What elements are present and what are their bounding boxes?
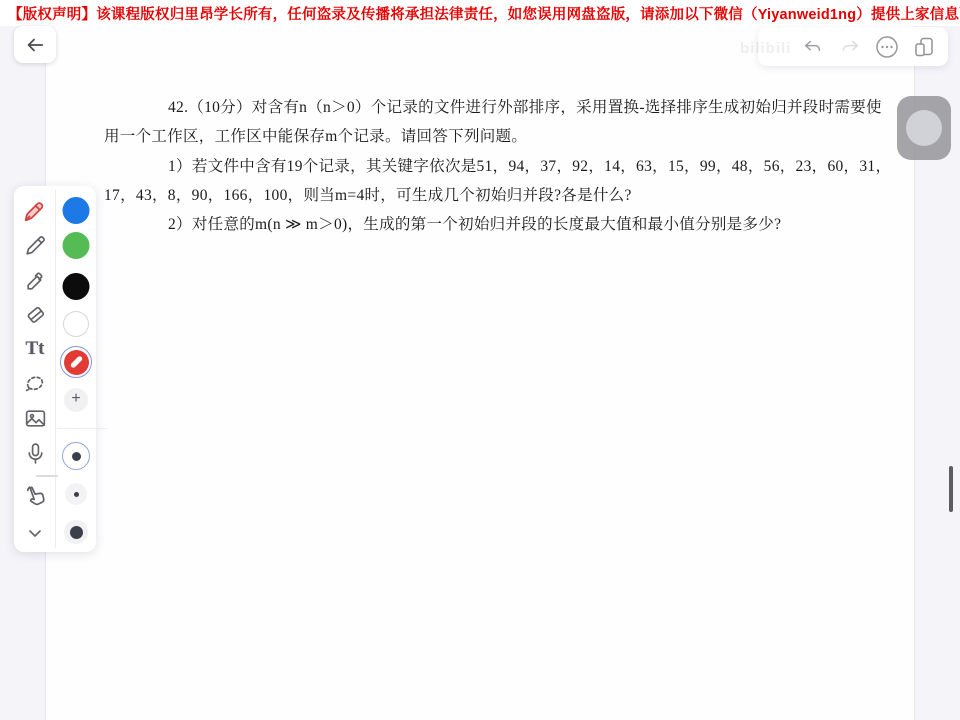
hand-pointer-icon — [22, 483, 48, 509]
image-icon — [23, 406, 48, 431]
stroke-size-large[interactable] — [64, 520, 88, 544]
question-line: 1）若文件中含有19个记录，其关键字依次是51，94，37，92，14，63，1… — [168, 154, 891, 176]
highlighter-icon — [23, 268, 48, 293]
question-line: 42.（10分）对含有n（n＞0）个记录的文件进行外部排序，采用置换-选择排序生… — [168, 95, 882, 117]
undo-icon — [802, 36, 824, 58]
more-options-button[interactable] — [873, 33, 901, 61]
color-swatch-black[interactable] — [63, 273, 90, 300]
text-tool-button[interactable]: Tt — [20, 334, 50, 364]
medium-dot-icon — [72, 452, 81, 461]
question-line: 2）对任意的m(n ≫ m＞0)，生成的第一个初始归并段的长度最大值和最小值分别… — [168, 212, 781, 234]
microphone-tool-button[interactable] — [20, 438, 50, 468]
collapse-toolbar-button[interactable] — [20, 518, 50, 548]
pen-glyph-icon — [69, 355, 82, 368]
lasso-tool-button[interactable] — [20, 369, 50, 399]
question-line: 17，43，8，90，166，100，则当m=4时，可生成几个初始归并段?各是什… — [104, 183, 632, 205]
color-swatch-green[interactable] — [63, 232, 90, 259]
pencil-tool-button[interactable] — [20, 230, 50, 260]
lasso-icon — [22, 371, 48, 397]
pen-icon — [22, 198, 48, 224]
pencil-icon — [23, 233, 48, 258]
stroke-size-small[interactable] — [65, 483, 87, 505]
toolbar-section-divider — [36, 475, 58, 477]
copyright-banner: 【版权声明】该课程版权归里昂学长所有，任何盗录及传播将承担法律责任，如您误用网盘… — [0, 0, 960, 26]
device-mirror-icon — [912, 35, 936, 59]
app-window: 42.（10分）对含有n（n＞0）个记录的文件进行外部排序，采用置换-选择排序生… — [0, 0, 960, 720]
microphone-icon — [23, 441, 48, 466]
toolbar-divider — [55, 190, 56, 548]
screen-record-widget[interactable] — [897, 96, 951, 160]
color-swatch-red-selected[interactable] — [60, 346, 92, 378]
eraser-icon — [23, 302, 48, 327]
pen-tool-button[interactable] — [20, 196, 50, 226]
topbar-actions — [758, 27, 948, 66]
chevron-down-icon — [23, 521, 47, 545]
eraser-tool-button[interactable] — [20, 299, 50, 329]
large-dot-icon — [70, 526, 83, 539]
vertical-scrollbar-thumb[interactable] — [949, 466, 953, 512]
redo-icon — [839, 36, 861, 58]
red-pen-color-icon — [64, 350, 89, 375]
text-tool-icon: Tt — [26, 338, 45, 360]
redo-button[interactable] — [836, 33, 864, 61]
undo-button[interactable] — [799, 33, 827, 61]
image-tool-button[interactable] — [20, 403, 50, 433]
color-swatch-white[interactable] — [63, 311, 89, 337]
back-arrow-icon — [24, 34, 46, 56]
device-mirror-button[interactable] — [910, 33, 938, 61]
back-button[interactable] — [14, 26, 56, 63]
question-line: 用一个工作区，工作区中能保存m个记录。请回答下列问题。 — [104, 124, 527, 146]
add-color-button[interactable]: + — [64, 388, 88, 412]
more-options-icon — [874, 34, 900, 60]
copyright-banner-text: 【版权声明】该课程版权归里昂学长所有，任何盗录及传播将承担法律责任，如您误用网盘… — [8, 3, 960, 24]
drawing-toolbar: Tt — [14, 186, 96, 552]
color-size-divider — [57, 428, 108, 429]
stroke-size-medium-selected[interactable] — [62, 442, 90, 470]
highlighter-tool-button[interactable] — [20, 265, 50, 295]
color-swatch-blue[interactable] — [63, 197, 90, 224]
hand-gesture-tool-button[interactable] — [20, 481, 50, 511]
record-lens-icon — [906, 110, 942, 146]
small-dot-icon — [74, 492, 79, 497]
